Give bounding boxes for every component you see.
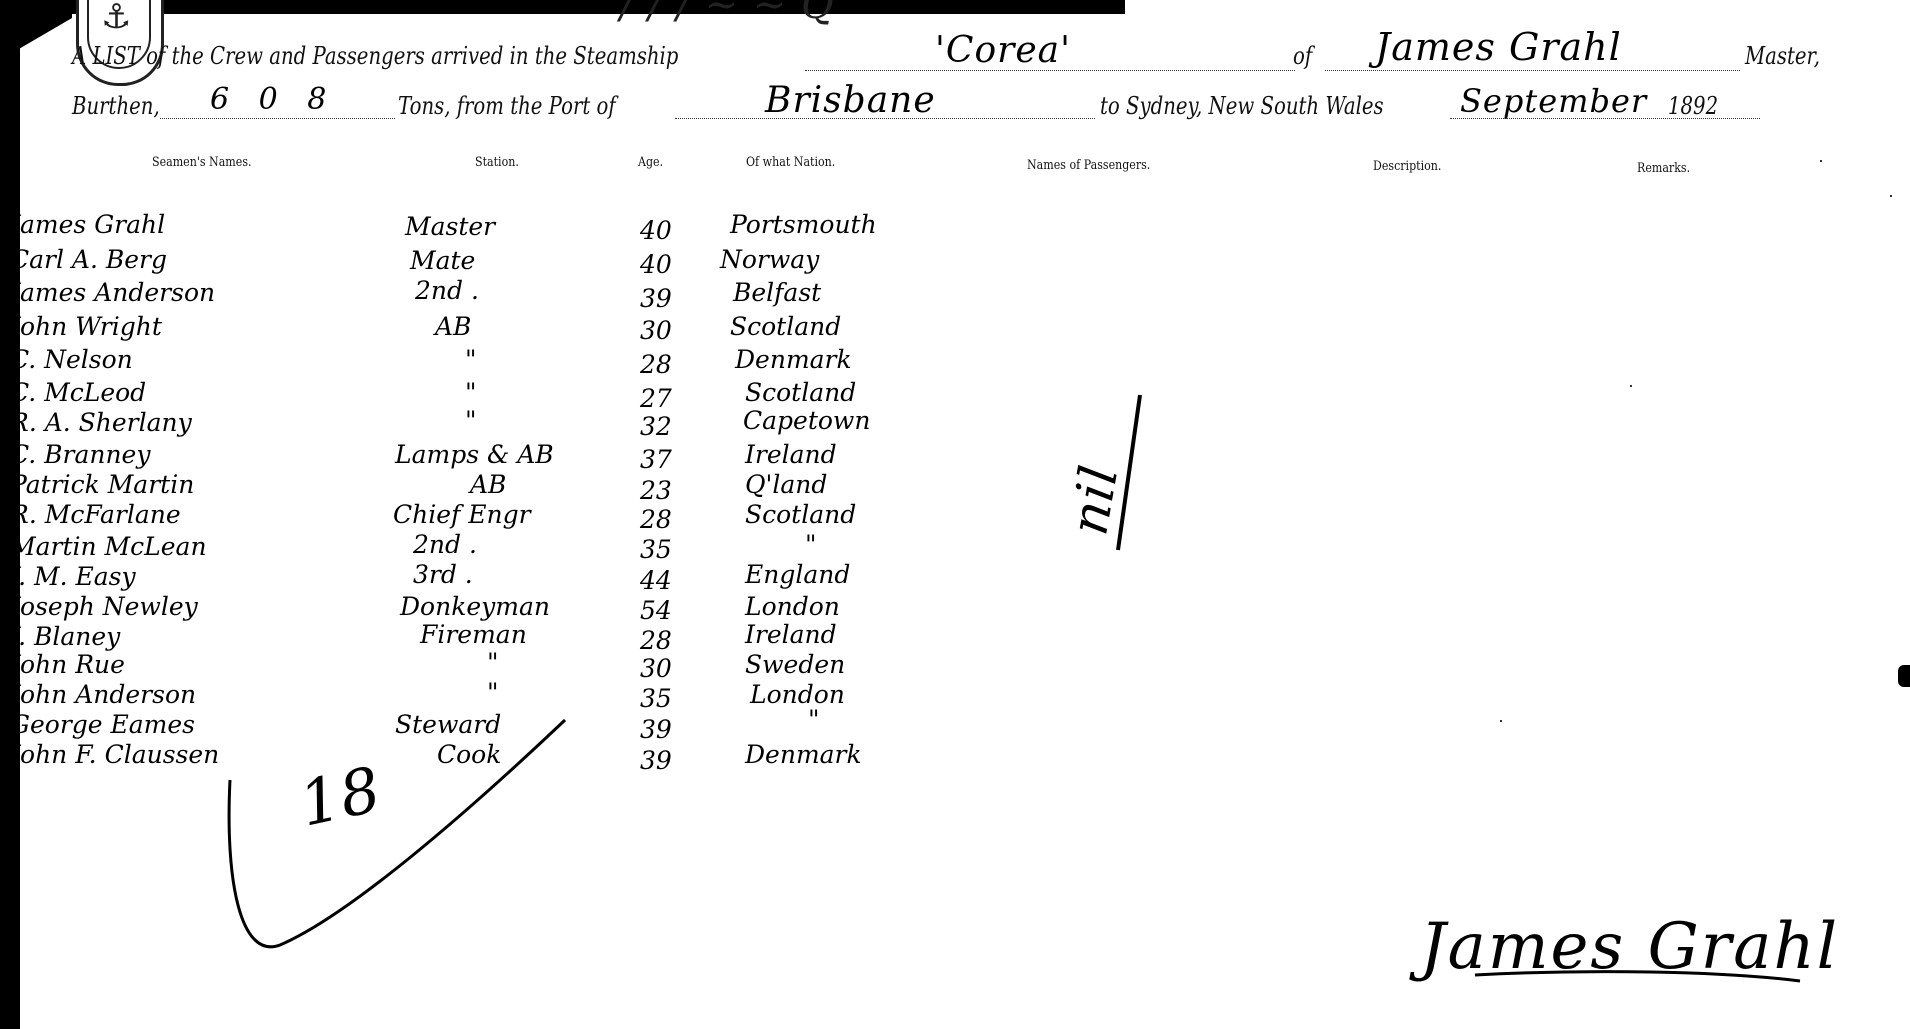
signature-underline bbox=[1470, 965, 1810, 985]
seaman-age: 35 bbox=[640, 684, 672, 713]
seaman-age: 39 bbox=[640, 715, 672, 744]
seaman-station: Fireman bbox=[420, 620, 527, 649]
scan-speck bbox=[1630, 385, 1632, 387]
col-age: Age. bbox=[638, 155, 663, 170]
seaman-station: Donkeyman bbox=[400, 592, 550, 621]
seaman-name: James Anderson bbox=[10, 278, 215, 307]
seaman-nation: Belfast bbox=[733, 278, 821, 307]
seaman-age: 39 bbox=[640, 746, 672, 775]
seaman-nation: " bbox=[808, 705, 820, 734]
tonnage-line bbox=[160, 118, 395, 119]
seaman-age: 40 bbox=[640, 216, 672, 245]
seaman-nation: Ireland bbox=[745, 620, 837, 649]
col-passenger-names: Names of Passengers. bbox=[1027, 158, 1150, 173]
seaman-station: " bbox=[465, 378, 477, 407]
seaman-name: George Eames bbox=[10, 710, 195, 739]
seaman-nation: Norway bbox=[720, 245, 819, 274]
seaman-station: AB bbox=[470, 470, 506, 499]
arrival-year: 1892 bbox=[1668, 92, 1718, 120]
seaman-age: 35 bbox=[640, 535, 672, 564]
master-name: James Grahl bbox=[1375, 25, 1622, 69]
col-nation: Of what Nation. bbox=[746, 155, 835, 170]
seaman-name: J. M. Easy bbox=[10, 562, 136, 591]
seaman-age: 37 bbox=[640, 445, 672, 474]
seaman-name: Martin McLean bbox=[10, 532, 207, 561]
seaman-station: " bbox=[465, 406, 477, 435]
of-label: of bbox=[1293, 42, 1312, 70]
burthen-label: Burthen, bbox=[72, 92, 160, 120]
seaman-station: Lamps & AB bbox=[395, 440, 554, 469]
seaman-name: John Rue bbox=[10, 650, 125, 679]
seaman-name: C. McLeod bbox=[10, 378, 146, 407]
seaman-name: James Grahl bbox=[10, 210, 165, 239]
seaman-station: " bbox=[487, 648, 499, 677]
seaman-nation: London bbox=[745, 592, 840, 621]
seaman-station: AB bbox=[435, 312, 471, 341]
col-description: Description. bbox=[1373, 159, 1441, 174]
seaman-station: Chief Engr bbox=[393, 500, 531, 529]
tons-from-port-label: Tons, from the Port of bbox=[398, 92, 616, 120]
col-station: Station. bbox=[475, 155, 519, 170]
seaman-name: C. Nelson bbox=[10, 345, 133, 374]
seaman-station: Master bbox=[405, 212, 495, 241]
seaman-name: R. McFarlane bbox=[10, 500, 181, 529]
seaman-nation: " bbox=[805, 530, 817, 559]
seaman-age: 30 bbox=[640, 316, 672, 345]
top-scrawl: / / / ~ ~ Q bbox=[620, 0, 835, 28]
seaman-name: Patrick Martin bbox=[10, 470, 194, 499]
seaman-age: 23 bbox=[640, 476, 672, 505]
seaman-age: 39 bbox=[640, 284, 672, 313]
seaman-station: " bbox=[465, 345, 477, 374]
to-sydney-label: to Sydney, New South Wales bbox=[1100, 92, 1384, 120]
seaman-name: John F. Claussen bbox=[10, 740, 219, 769]
arrival-month: September bbox=[1460, 82, 1647, 120]
header-list-title: A LIST of the Crew and Passengers arrive… bbox=[72, 42, 678, 70]
seaman-nation: Ireland bbox=[745, 440, 837, 469]
scan-speck bbox=[1500, 720, 1502, 722]
port-from: Brisbane bbox=[765, 80, 936, 121]
seaman-nation: Denmark bbox=[735, 345, 852, 374]
seaman-name: C. Branney bbox=[10, 440, 150, 469]
seaman-nation: Q'land bbox=[745, 470, 827, 499]
col-seamens-names: Seamen's Names. bbox=[152, 155, 252, 170]
seaman-name: John Wright bbox=[10, 312, 162, 341]
master-label: Master, bbox=[1745, 42, 1820, 70]
ship-name: 'Corea' bbox=[935, 30, 1071, 71]
seaman-station: 2nd . bbox=[413, 530, 477, 559]
scan-speck bbox=[1820, 160, 1822, 162]
scan-border-corner bbox=[0, 0, 72, 60]
seaman-nation: Scotland bbox=[730, 312, 841, 341]
crew-passenger-list-page: ⚓ / / / ~ ~ Q A LIST of the Crew and Pas… bbox=[0, 0, 1910, 1029]
seaman-nation: London bbox=[750, 680, 845, 709]
seaman-station: 2nd . bbox=[415, 276, 479, 305]
seaman-age: 40 bbox=[640, 250, 672, 279]
scan-blot bbox=[1898, 665, 1910, 687]
seaman-nation: Scotland bbox=[745, 500, 856, 529]
seaman-station: 3rd . bbox=[413, 560, 473, 589]
nil-stroke bbox=[1110, 390, 1150, 570]
seaman-nation: Scotland bbox=[745, 378, 856, 407]
seaman-age: 54 bbox=[640, 596, 672, 625]
seaman-nation: Capetown bbox=[743, 406, 870, 435]
col-remarks: Remarks. bbox=[1637, 161, 1690, 176]
scan-speck bbox=[1890, 195, 1892, 197]
seaman-name: R. A. Sherlany bbox=[10, 408, 192, 437]
seaman-age: 28 bbox=[640, 350, 672, 379]
seaman-age: 30 bbox=[640, 654, 672, 683]
seaman-age: 44 bbox=[640, 566, 672, 595]
seaman-nation: Denmark bbox=[745, 740, 862, 769]
bracket-stroke bbox=[210, 700, 590, 960]
seaman-age: 28 bbox=[640, 626, 672, 655]
seaman-age: 28 bbox=[640, 505, 672, 534]
seaman-name: J. Blaney bbox=[10, 622, 120, 651]
master-name-line bbox=[1325, 70, 1740, 71]
seaman-name: Carl A. Berg bbox=[10, 245, 167, 274]
tonnage: 6 0 8 bbox=[210, 82, 336, 117]
seaman-nation: England bbox=[745, 560, 850, 589]
seaman-nation: Sweden bbox=[745, 650, 845, 679]
seaman-age: 32 bbox=[640, 412, 672, 441]
seaman-name: Joseph Newley bbox=[10, 592, 198, 621]
seaman-station: Mate bbox=[410, 246, 475, 275]
seaman-age: 27 bbox=[640, 384, 672, 413]
anchor-icon: ⚓ bbox=[101, 0, 131, 37]
scan-border-top bbox=[0, 0, 1125, 14]
seaman-nation: Portsmouth bbox=[730, 210, 877, 239]
seaman-name: John Anderson bbox=[10, 680, 196, 709]
